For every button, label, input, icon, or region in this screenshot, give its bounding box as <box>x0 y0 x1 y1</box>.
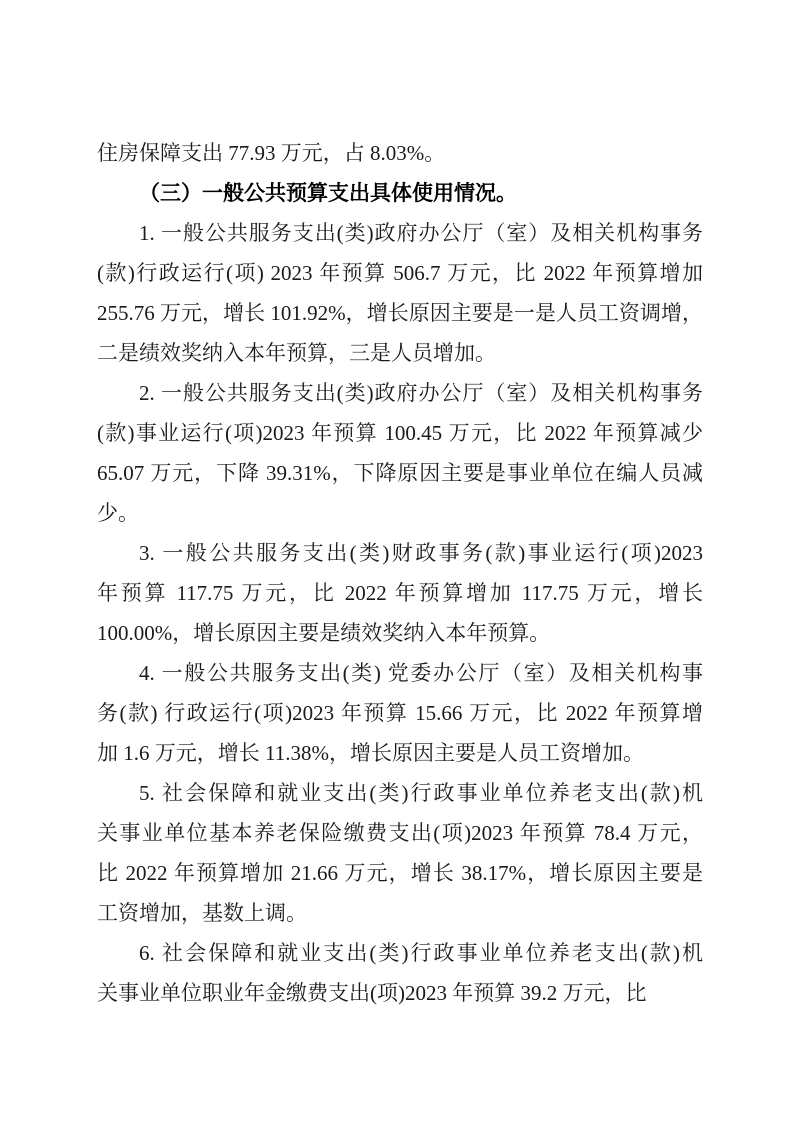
text-line: 少。 <box>97 493 703 533</box>
document-page: 住房保障支出 77.93 万元，占 8.03%。 （三）一般公共预算支出具体使用… <box>0 0 793 1122</box>
document-text-block: 住房保障支出 77.93 万元，占 8.03%。 （三）一般公共预算支出具体使用… <box>97 133 703 1013</box>
paragraph-item-5: 5. 社会保障和就业支出(类)行政事业单位养老支出(款)机 关事业单位基本养老保… <box>97 773 703 933</box>
heading-line: （三）一般公共预算支出具体使用情况。 <box>97 173 703 213</box>
text-line: (款)事业运行(项)2023 年预算 100.45 万元，比 2022 年预算减… <box>97 413 703 453</box>
paragraph-housing-continuation: 住房保障支出 77.93 万元，占 8.03%。 <box>97 133 703 173</box>
paragraph-item-6: 6. 社会保障和就业支出(类)行政事业单位养老支出(款)机 关事业单位职业年金缴… <box>97 933 703 1013</box>
text-line: 工资增加，基数上调。 <box>97 893 703 933</box>
text-line: 年预算 117.75 万元，比 2022 年预算增加 117.75 万元，增长 <box>97 573 703 613</box>
text-line: 1. 一般公共服务支出(类)政府办公厅（室）及相关机构事务 <box>97 213 703 253</box>
text-line: 住房保障支出 77.93 万元，占 8.03%。 <box>97 133 703 173</box>
paragraph-item-4: 4. 一般公共服务支出(类) 党委办公厅（室）及相关机构事 务(款) 行政运行(… <box>97 653 703 773</box>
text-line: 100.00%，增长原因主要是绩效奖纳入本年预算。 <box>97 613 703 653</box>
text-line: 加 1.6 万元，增长 11.38%，增长原因主要是人员工资增加。 <box>97 733 703 773</box>
text-line: 2. 一般公共服务支出(类)政府办公厅（室）及相关机构事务 <box>97 373 703 413</box>
text-line: 关事业单位基本养老保险缴费支出(项)2023 年预算 78.4 万元， <box>97 813 703 853</box>
text-line: 255.76 万元，增长 101.92%，增长原因主要是一是人员工资调增， <box>97 293 703 333</box>
text-line: 6. 社会保障和就业支出(类)行政事业单位养老支出(款)机 <box>97 933 703 973</box>
text-line: 二是绩效奖纳入本年预算，三是人员增加。 <box>97 333 703 373</box>
text-line: 比 2022 年预算增加 21.66 万元，增长 38.17%，增长原因主要是 <box>97 853 703 893</box>
paragraph-item-1: 1. 一般公共服务支出(类)政府办公厅（室）及相关机构事务 (款)行政运行(项)… <box>97 213 703 373</box>
text-line: 65.07 万元，下降 39.31%，下降原因主要是事业单位在编人员减 <box>97 453 703 493</box>
text-line: 关事业单位职业年金缴费支出(项)2023 年预算 39.2 万元，比 <box>97 973 703 1013</box>
paragraph-item-2: 2. 一般公共服务支出(类)政府办公厅（室）及相关机构事务 (款)事业运行(项)… <box>97 373 703 533</box>
text-line: 4. 一般公共服务支出(类) 党委办公厅（室）及相关机构事 <box>97 653 703 693</box>
text-line: (款)行政运行(项) 2023 年预算 506.7 万元，比 2022 年预算增… <box>97 253 703 293</box>
paragraph-item-3: 3. 一般公共服务支出(类)财政事务(款)事业运行(项)2023 年预算 117… <box>97 533 703 653</box>
text-line: 3. 一般公共服务支出(类)财政事务(款)事业运行(项)2023 <box>97 533 703 573</box>
text-line: 务(款) 行政运行(项)2023 年预算 15.66 万元，比 2022 年预算… <box>97 693 703 733</box>
section-heading: （三）一般公共预算支出具体使用情况。 <box>97 173 703 213</box>
text-line: 5. 社会保障和就业支出(类)行政事业单位养老支出(款)机 <box>97 773 703 813</box>
